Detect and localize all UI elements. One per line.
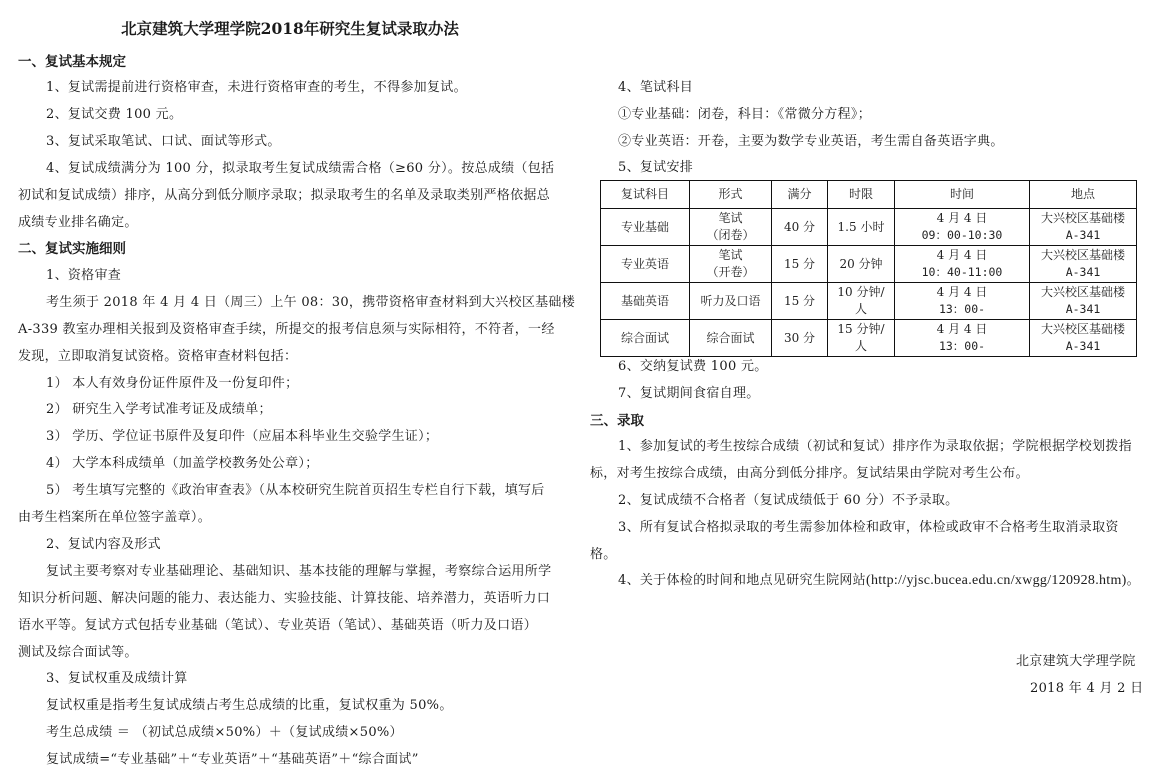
sub4-line2: ②专业英语：开卷，主要为数学专业英语，考生需自备英语字典。 [618,133,1004,151]
table-header: 满分 [772,181,828,209]
date-line: 4 月 4 日 [895,210,1029,227]
sub2-heading: 2、复试内容及形式 [46,536,161,554]
limit-line2: 人 [828,338,894,355]
section3-item4: 4、关于体检的时间和地点见研究生院网站(http://yjsc.bucea.ed… [618,572,1140,590]
section1-item-4-line1: 4、复试成绩满分为 100 分，拟录取考生复试成绩需合格（≥60 分）。按总成绩… [46,160,554,178]
time-line: 09：00-10:30 [895,227,1029,244]
sub1-para-line2: A-339 教室办理相关报到及资格审查手续，所提交的报考信息须与实际相符，不符者… [18,321,555,339]
cell-form: 笔试（闭卷） [690,209,772,246]
medical-exam-link[interactable]: (http://yjsc.bucea.edu.cn/xwgg/120928.ht… [866,573,1127,588]
item4-prefix: 4、关于体检的时间和地点见研究生院网站 [618,573,866,588]
limit-line1: 1.5 小时 [828,219,894,236]
sub2-para-line3: 语水平等。复试方式包括专业基础（笔试）、专业英语（笔试）、基础英语（听力及口语） [18,617,537,635]
form-line2: （闭卷） [690,227,771,244]
section1-item-4-line3: 成绩专业排名确定。 [18,214,138,232]
section1-item-3: 3、复试采取笔试、口试、面试等形式。 [46,133,281,151]
section3-heading: 三、录取 [590,412,644,430]
cell-form: 综合面试 [690,320,772,357]
section2-heading: 二、复试实施细则 [18,240,126,258]
sub3-formula-total: 考生总成绩 ＝ （初试总成绩×50%）＋（复试成绩×50%） [46,724,403,742]
cell-time: 4 月 4 日13：00- [895,320,1030,357]
table-header: 复试科目 [601,181,690,209]
material-item-5: 5） 考生填写完整的《政治审查表》（从本校研究生院首页招生专栏自行下载，填写后 [46,482,545,500]
section3-item3-line2: 格。 [590,546,617,564]
section1-item-4-line2: 初试和复试成绩）排序，从高分到低分顺序录取；拟录取考生的名单及录取类别严格依据总 [18,187,550,205]
table-row: 专业英语 笔试（开卷） 15 分 20 分钟 4 月 4 日10：40-11:0… [601,246,1137,283]
cell-score: 15 分 [772,283,828,320]
sub1-para-line1: 考生须于 2018 年 4 月 4 日（周三）上午 08：30，携带资格审查材料… [46,294,575,312]
material-item-2: 2） 研究生入学考试准考证及成绩单； [46,401,272,419]
cell-limit: 20 分钟 [828,246,895,283]
table-row: 基础英语 听力及口语 15 分 10 分钟/人 4 月 4 日13：00- 大兴… [601,283,1137,320]
schedule-table: 复试科目 形式 满分 时限 时间 地点 专业基础 笔试（闭卷） 40 分 1.5… [600,180,1137,357]
limit-line1: 20 分钟 [828,256,894,273]
cell-place: 大兴校区基础楼A-341 [1030,209,1137,246]
section2-item-6: 6、交纳复试费 100 元。 [618,358,768,376]
table-header: 地点 [1030,181,1137,209]
cell-form: 听力及口语 [690,283,772,320]
section3-item3-line1: 3、所有复试合格拟录取的考生需参加体检和政审，体检或政审不合格考生取消录取资 [618,519,1119,537]
table-header-row: 复试科目 形式 满分 时限 时间 地点 [601,181,1137,209]
table-row: 综合面试 综合面试 30 分 15 分钟/人 4 月 4 日13：00- 大兴校… [601,320,1137,357]
cell-subject: 基础英语 [601,283,690,320]
place-line2: A-341 [1030,264,1136,281]
section2-item-7: 7、复试期间食宿自理。 [618,385,760,403]
section1-heading: 一、复试基本规定 [18,53,126,71]
form-line1: 综合面试 [690,330,771,347]
sub1-heading: 1、资格审查 [46,267,121,285]
place-line2: A-341 [1030,227,1136,244]
material-item-4: 4） 大学本科成绩单（加盖学校教务处公章）； [46,455,319,473]
item4-suffix: 。 [1127,573,1140,588]
limit-line2: 人 [828,301,894,318]
sub2-para-line4: 测试及综合面试等。 [18,644,138,662]
cell-limit: 1.5 小时 [828,209,895,246]
cell-form: 笔试（开卷） [690,246,772,283]
date-line: 4 月 4 日 [895,284,1029,301]
cell-subject: 专业基础 [601,209,690,246]
section1-item-1: 1、复试需提前进行资格审查，未进行资格审查的考生，不得参加复试。 [46,79,467,97]
table-header: 形式 [690,181,772,209]
section1-item-2: 2、复试交费 100 元。 [46,106,182,124]
section3-item1-line2: 标，对考生按综合成绩，由高分到低分排序。复试结果由学院对考生公布。 [590,465,1029,483]
material-item-1: 1） 本人有效身份证件原件及一份复印件； [46,375,298,393]
place-line1: 大兴校区基础楼 [1030,321,1136,338]
date-line: 4 月 4 日 [895,247,1029,264]
time-line: 13：00- [895,301,1029,318]
sub2-para-line2: 知识分析问题、解决问题的能力、表达能力、实验技能、计算技能、培养潜力，英语听力口 [18,590,550,608]
cell-score: 30 分 [772,320,828,357]
place-line1: 大兴校区基础楼 [1030,210,1136,227]
cell-time: 4 月 4 日10：40-11:00 [895,246,1030,283]
signature-date: 2018 年 4 月 2 日 [1030,680,1144,698]
cell-place: 大兴校区基础楼A-341 [1030,246,1137,283]
sub3-formula-retest: 复试成绩=“专业基础”＋“专业英语”＋“基础英语”＋“综合面试” [46,751,419,769]
limit-line1: 10 分钟/ [828,284,894,301]
sub5-heading: 5、复试安排 [618,159,693,177]
sub3-line1: 复试权重是指考生复试成绩占考生总成绩的比重，复试权重为 50%。 [46,697,453,715]
cell-place: 大兴校区基础楼A-341 [1030,283,1137,320]
cell-limit: 10 分钟/人 [828,283,895,320]
section3-item1-line1: 1、参加复试的考生按综合成绩（初试和复试）排序作为录取依据；学院根据学校划拨指 [618,438,1132,456]
sub4-heading: 4、笔试科目 [618,79,693,97]
sub3-heading: 3、复试权重及成绩计算 [46,670,188,688]
limit-line1: 15 分钟/ [828,321,894,338]
material-item-3: 3） 学历、学位证书原件及复印件（应届本科毕业生交验学生证）； [46,428,438,446]
document-title: 北京建筑大学理学院2018年研究生复试录取办法 [0,20,580,38]
cell-score: 15 分 [772,246,828,283]
table-row: 专业基础 笔试（闭卷） 40 分 1.5 小时 4 月 4 日09：00-10:… [601,209,1137,246]
cell-place: 大兴校区基础楼A-341 [1030,320,1137,357]
time-line: 13：00- [895,338,1029,355]
table-header: 时限 [828,181,895,209]
form-line1: 听力及口语 [690,293,771,310]
form-line1: 笔试 [690,247,771,264]
form-line2: （开卷） [690,264,771,281]
time-line: 10：40-11:00 [895,264,1029,281]
cell-limit: 15 分钟/人 [828,320,895,357]
date-line: 4 月 4 日 [895,321,1029,338]
sub1-para-line3: 发现，立即取消复试资格。资格审查材料包括： [18,348,297,366]
signature-org: 北京建筑大学理学院 [1016,653,1136,671]
sub4-line1: ①专业基础：闭卷，科目：《常微分方程》； [618,106,871,124]
cell-score: 40 分 [772,209,828,246]
section3-item2: 2、复试成绩不合格者（复试成绩低于 60 分）不予录取。 [618,492,958,510]
place-line2: A-341 [1030,301,1136,318]
cell-time: 4 月 4 日13：00- [895,283,1030,320]
place-line1: 大兴校区基础楼 [1030,284,1136,301]
material-item-5-tail: 由考生档案所在单位签字盖章）。 [18,509,211,527]
form-line1: 笔试 [690,210,771,227]
table-header: 时间 [895,181,1030,209]
cell-subject: 综合面试 [601,320,690,357]
cell-subject: 专业英语 [601,246,690,283]
cell-time: 4 月 4 日09：00-10:30 [895,209,1030,246]
place-line2: A-341 [1030,338,1136,355]
place-line1: 大兴校区基础楼 [1030,247,1136,264]
sub2-para-line1: 复试主要考察对专业基础理论、基础知识、基本技能的理解与掌握，考察综合运用所学 [46,563,551,581]
